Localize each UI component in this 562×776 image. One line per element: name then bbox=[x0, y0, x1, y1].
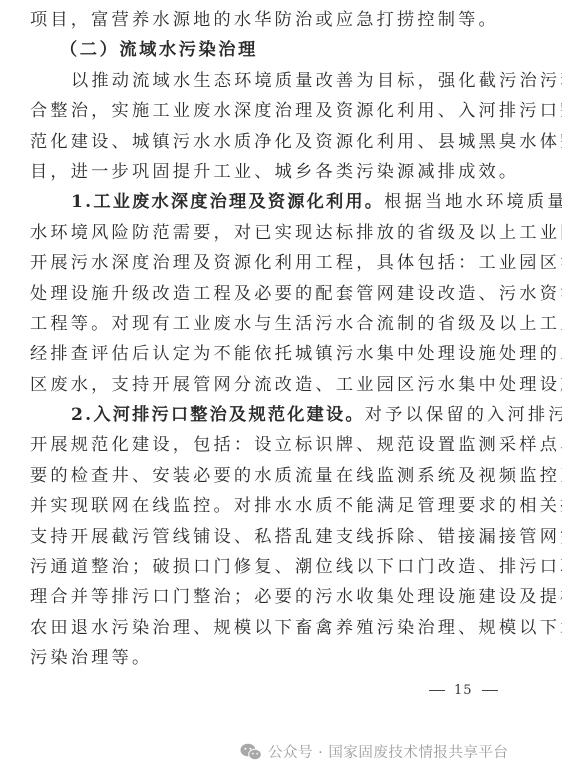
paragraph-text: 对予以保留的入河排污口支持 bbox=[365, 405, 562, 425]
text-line: 工程等。对现有工业废水与生活污水合流制的省级及以上工业园区， bbox=[30, 309, 486, 339]
text-line: 要的检查井、安装必要的水质流量在线监测系统及视频监控系统等， bbox=[30, 461, 486, 491]
text-line: 并实现联网在线监控。对排水水质不能满足管理要求的相关排污口， bbox=[30, 491, 486, 521]
text-line: 目，进一步巩固提升工业、城乡各类污染源减排成效。 bbox=[30, 157, 486, 187]
text-line: 农田退水污染治理、规模以下畜禽养殖污染治理、规模以下水产养殖 bbox=[30, 613, 486, 643]
dash-left bbox=[429, 690, 445, 691]
document-page: 项目，富营养水源地的水华防治或应急打捞控制等。 （二）流域水污染治理 以推动流域… bbox=[30, 5, 486, 674]
wechat-icon bbox=[240, 743, 262, 761]
paragraph-first-line: 以推动流域水生态环境质量改善为目标，强化截污治污和流域综 bbox=[30, 66, 486, 96]
text-line: 污通道整治；破损口门修复、潮位线以下口门改造、排污口取缔及清 bbox=[30, 552, 486, 582]
text-line: 项目，富营养水源地的水华防治或应急打捞控制等。 bbox=[30, 5, 486, 35]
subsection-title: 2.入河排污口整治及规范化建设。 bbox=[71, 405, 365, 425]
dash-right bbox=[482, 690, 498, 691]
text-line: 污染治理等。 bbox=[30, 643, 486, 673]
text-line: 合整治，实施工业废水深度治理及资源化利用、入河排污口整治及规 bbox=[30, 96, 486, 126]
text-line: 理合并等排污口门整治；必要的污水收集处理设施建设及提标改造、 bbox=[30, 582, 486, 612]
text-line: 开展污水深度治理及资源化利用工程，具体包括：工业园区污水深度 bbox=[30, 248, 486, 278]
page-number: 15 bbox=[420, 683, 507, 698]
watermark-text: 公众号 · 国家固废技术情报共享平台 bbox=[268, 741, 508, 762]
text-line: 开展规范化建设，包括：设立标识牌、规范设置监测采样点、设置必 bbox=[30, 430, 486, 460]
text-line: 处理设施升级改造工程及必要的配套管网建设改造、污水资源化利用 bbox=[30, 279, 486, 309]
text-line: 支持开展截污管线铺设、私搭乱建支线拆除、错接漏接管网完善等排 bbox=[30, 522, 486, 552]
text-line: 经排查评估后认定为不能依托城镇污水集中处理设施处理的工业园 bbox=[30, 339, 486, 369]
text-line: 范化建设、城镇污水水质净化及资源化利用、县城黑臭水体整治等项 bbox=[30, 127, 486, 157]
paragraph-first-line: 1.工业废水深度治理及资源化利用。根据当地水环境质量改善和 bbox=[30, 187, 486, 217]
paragraph-first-line: 2.入河排污口整治及规范化建设。对予以保留的入河排污口支持 bbox=[30, 400, 486, 430]
page-number-value: 15 bbox=[454, 683, 473, 698]
watermark: 公众号 · 国家固废技术情报共享平台 bbox=[240, 741, 508, 762]
section-heading: （二）流域水污染治理 bbox=[30, 35, 486, 65]
text-line: 水环境风险防范需要，对已实现达标排放的省级及以上工业园区支持 bbox=[30, 218, 486, 248]
subsection-title: 1.工业废水深度治理及资源化利用。 bbox=[71, 192, 384, 212]
paragraph-text: 根据当地水环境质量改善和 bbox=[384, 192, 562, 212]
text-line: 区废水，支持开展管网分流改造、工业园区污水集中处理设施建设等。 bbox=[30, 370, 486, 400]
